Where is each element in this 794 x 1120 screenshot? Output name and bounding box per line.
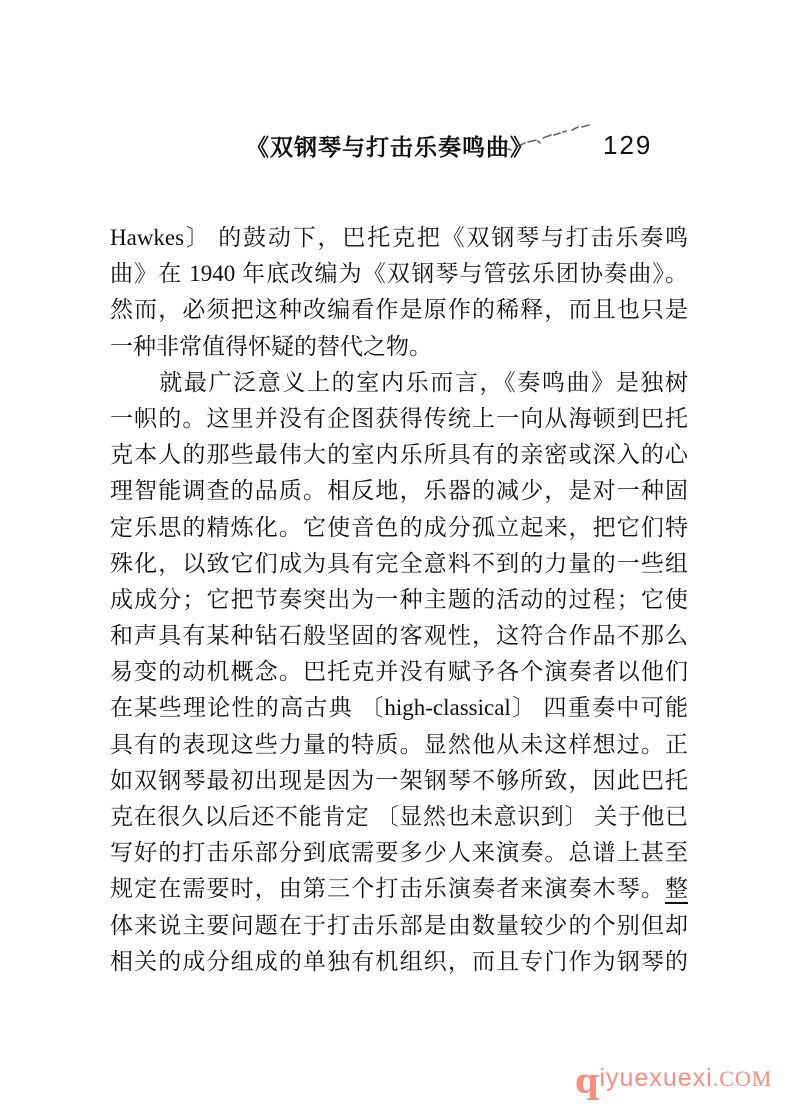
ink-smudge-icon [500, 118, 596, 158]
line-text: 克本人的那些最伟大的室内乐所具有的亲密或深入的心 [110, 442, 688, 467]
line-text: 和声具有某种钻石般坚固的客观性，这符合作品不那么 [110, 623, 688, 648]
text-line: 一种非常值得怀疑的替代之物。 [110, 329, 688, 365]
text-line: 规定在需要时，由第三个打击乐演奏者来演奏木琴。整 [110, 871, 688, 907]
line-text: 一种非常值得怀疑的替代之物。 [110, 334, 432, 359]
line-text: 在某些理论性的高古典 〔high-classical〕 四重奏中可能 [110, 695, 688, 720]
running-head-title: 《双钢琴与打击乐奏鸣曲》 [246, 129, 534, 162]
line-text: 体来说主要问题在于打击乐部是由数量较少的个别但却 [110, 913, 688, 938]
text-line: 具有的表现这些力量的特质。显然他从未这样想过。正 [110, 727, 688, 763]
line-text: 相关的成分组成的单独有机组织，而且专门作为钢琴的 [110, 949, 688, 974]
watermark-initial: q [575, 1061, 599, 1102]
line-text: 就最广泛意义上的室内乐而言，《奏鸣曲》是独树 [110, 370, 688, 395]
line-text: 理智能调查的品质。相反地，乐器的减少，是对一种固 [110, 478, 688, 503]
line-text: 定乐思的精炼化。它使音色的成分孤立起来，把它们特 [110, 515, 688, 540]
line-text: 写好的打击乐部分到底需要多少人来演奏。总谱上甚至 [110, 840, 688, 865]
line-text: 成成分；它把节奏突出为一种主题的活动的过程；它使 [110, 587, 688, 612]
text-line: 殊化，以致它们成为具有完全意料不到的力量的一些组 [110, 546, 688, 582]
line-text: 克在很久以后还不能肯定 〔显然也未意识到〕 关于他已 [110, 804, 688, 829]
underlined-char: 整 [665, 876, 688, 904]
text-line: 克在很久以后还不能肯定 〔显然也未意识到〕 关于他已 [110, 799, 688, 835]
text-line: Hawkes〕 的鼓动下，巴托克把《双钢琴与打击乐奏鸣 [110, 220, 688, 256]
text-line: 定乐思的精炼化。它使音色的成分孤立起来，把它们特 [110, 510, 688, 546]
text-line: 易变的动机概念。巴托克并没有赋予各个演奏者以他们 [110, 654, 688, 690]
text-line: 如双钢琴最初出现是因为一架钢琴不够所致，因此巴托 [110, 763, 688, 799]
line-text: 规定在需要时，由第三个打击乐演奏者来演奏木琴。 [110, 876, 665, 901]
text-line: 在某些理论性的高古典 〔high-classical〕 四重奏中可能 [110, 690, 688, 726]
line-text: 然而，必须把这种改编看作是原作的稀释，而且也只是 [110, 297, 688, 322]
text-line: 然而，必须把这种改编看作是原作的稀释，而且也只是 [110, 292, 688, 328]
book-page: 《双钢琴与打击乐奏鸣曲》 129 Hawkes〕 的鼓动下，巴托克把《双钢琴与打… [0, 0, 794, 1120]
watermark-tld: .COM [713, 1066, 773, 1091]
body-text: Hawkes〕 的鼓动下，巴托克把《双钢琴与打击乐奏鸣 曲》在 1940 年底改… [110, 220, 688, 980]
text-line: 体来说主要问题在于打击乐部是由数量较少的个别但却 [110, 908, 688, 944]
line-text: Hawkes〕 的鼓动下，巴托克把《双钢琴与打击乐奏鸣 [110, 225, 688, 250]
text-line: 和声具有某种钻石般坚固的客观性，这符合作品不那么 [110, 618, 688, 654]
text-line: 相关的成分组成的单独有机组织，而且专门作为钢琴的 [110, 944, 688, 980]
line-text: 殊化，以致它们成为具有完全意料不到的力量的一些组 [110, 551, 688, 576]
text-line: 克本人的那些最伟大的室内乐所具有的亲密或深入的心 [110, 437, 688, 473]
line-text: 如双钢琴最初出现是因为一架钢琴不够所致，因此巴托 [110, 768, 688, 793]
text-line: 写好的打击乐部分到底需要多少人来演奏。总谱上甚至 [110, 835, 688, 871]
text-line: 就最广泛意义上的室内乐而言，《奏鸣曲》是独树 [110, 365, 688, 401]
watermark-name: iyuexuexi [599, 1064, 712, 1092]
text-line: 一帜的。这里并没有企图获得传统上一向从海顿到巴托 [110, 401, 688, 437]
text-line: 成成分；它把节奏突出为一种主题的活动的过程；它使 [110, 582, 688, 618]
line-text: 具有的表现这些力量的特质。显然他从未这样想过。正 [110, 732, 688, 757]
site-watermark: qiyuexuexi.COM [575, 1064, 772, 1099]
line-text: 一帜的。这里并没有企图获得传统上一向从海顿到巴托 [110, 406, 688, 431]
text-line: 曲》在 1940 年底改编为《双钢琴与管弦乐团协奏曲》。 [110, 256, 688, 292]
line-text: 易变的动机概念。巴托克并没有赋予各个演奏者以他们 [110, 659, 688, 684]
line-text: 曲》在 1940 年底改编为《双钢琴与管弦乐团协奏曲》。 [110, 261, 688, 286]
page-number: 129 [603, 130, 652, 161]
text-line: 理智能调查的品质。相反地，乐器的减少，是对一种固 [110, 473, 688, 509]
